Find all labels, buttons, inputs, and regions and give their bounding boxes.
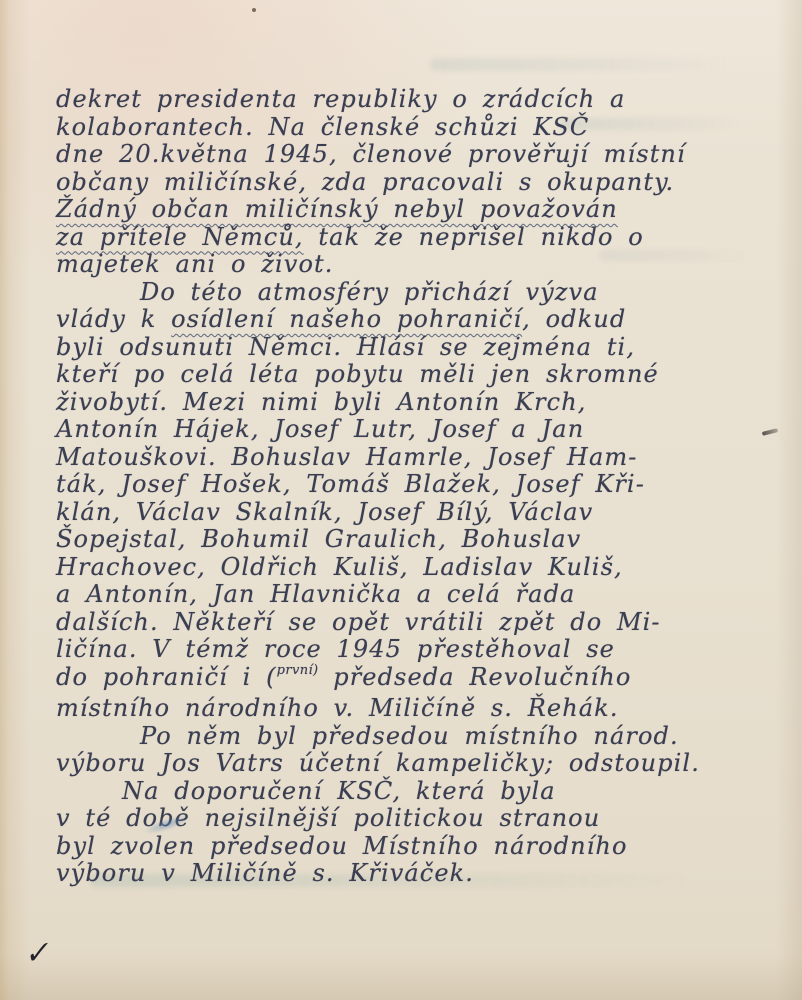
text-segment: Po něm byl předsedou místního národ. <box>140 722 679 750</box>
handwriting-line: kteří po celá léta pobytu měli jen skrom… <box>56 361 756 389</box>
text-segment: Matouškovi. Bohuslav Hamrle, Josef Ham- <box>56 443 637 471</box>
handwriting-line: dekret presidenta republiky o zrádcích a <box>56 86 756 114</box>
handwriting-line: Na doporučení KSČ, která byla <box>56 778 756 806</box>
text-segment: Do této atmosféry přichází výzva <box>140 278 599 306</box>
handwriting-line: dalších. Někteří se opět vrátili zpět do… <box>56 609 756 637</box>
handwriting-line: byl zvolen předsedou Místního národního <box>56 833 756 861</box>
handwriting-text-block: dekret presidenta republiky o zrádcích a… <box>56 86 756 888</box>
handwriting-line: Matouškovi. Bohuslav Hamrle, Josef Ham- <box>56 444 756 472</box>
paper-speck <box>252 8 256 12</box>
handwriting-line: Antonín Hájek, Josef Lutr, Josef a Jan <box>56 416 756 444</box>
text-segment: Antonín Hájek, Josef Lutr, Josef a Jan <box>56 415 584 443</box>
text-segment: do pohraničí i ( <box>56 663 277 691</box>
handwriting-line: za přítele Němců, tak že nepřišel nikdo … <box>56 224 756 252</box>
chronicle-page: dekret presidenta republiky o zrádcích a… <box>0 0 802 1000</box>
handwriting-line: výboru Jos Vatrs účetní kampeličky; odst… <box>56 750 756 778</box>
text-segment: živobytí. Mezi nimi byli Antonín Krch, <box>56 388 586 416</box>
text-segment: byli odsunuti Němci. Hlásí se zejména ti… <box>56 333 635 361</box>
handwriting-line: vlády k osídlení našeho pohraničí, odkud <box>56 306 756 334</box>
handwriting-line: místního národního v. Miličíně s. Řehák. <box>56 695 756 723</box>
ink-showthrough-streak <box>430 58 730 71</box>
underlined-phrase: Žádný občan miličínský nebyl považován <box>56 195 618 223</box>
handwriting-line: Po něm byl předsedou místního národ. <box>56 723 756 751</box>
text-segment: výboru Jos Vatrs účetní kampeličky; odst… <box>56 749 700 777</box>
text-segment: dekret presidenta republiky o zrádcích a <box>56 85 625 113</box>
text-segment: vlády k <box>56 305 171 333</box>
text-segment: dalších. Někteří se opět vrátili zpět do… <box>56 608 661 636</box>
text-segment: ličína. V témž roce 1945 přestěhoval se <box>56 635 615 663</box>
checkmark-annotation: ✓ <box>22 935 51 972</box>
text-segment: kolaborantech. Na členské schůzi KSČ <box>56 113 589 141</box>
handwriting-line: občany miličínské, zda pracovali s okupa… <box>56 169 756 197</box>
handwriting-line: klán, Václav Skalník, Josef Bílý, Václav <box>56 499 756 527</box>
handwriting-line: byli odsunuti Němci. Hlásí se zejména ti… <box>56 334 756 362</box>
text-segment: majetek ani o život. <box>56 250 333 278</box>
handwriting-line: a Antonín, Jan Hlavnička a celá řada <box>56 581 756 609</box>
handwriting-line: dne 20.května 1945, členové prověřují mí… <box>56 141 756 169</box>
text-segment: Šopejstal, Bohumil Graulich, Bohuslav <box>56 525 581 553</box>
handwriting-line: Hrachovec, Oldřich Kuliš, Ladislav Kuliš… <box>56 554 756 582</box>
ink-dash-mark <box>762 428 778 436</box>
text-segment: Hrachovec, Oldřich Kuliš, Ladislav Kuliš… <box>56 553 623 581</box>
text-segment: předseda Revolučního <box>319 663 632 691</box>
handwriting-line: kolaborantech. Na členské schůzi KSČ <box>56 114 756 142</box>
text-segment: , odkud <box>522 305 626 333</box>
text-segment: Na doporučení KSČ, která byla <box>122 777 556 805</box>
text-segment: výboru v Miličíně s. Křiváček. <box>56 859 474 887</box>
handwriting-line: majetek ani o život. <box>56 251 756 279</box>
text-segment: dne 20.května 1945, členové prověřují mí… <box>56 140 686 168</box>
text-segment: klán, Václav Skalník, Josef Bílý, Václav <box>56 498 593 526</box>
text-segment: a Antonín, Jan Hlavnička a celá řada <box>56 580 575 608</box>
handwriting-line: výboru v Miličíně s. Křiváček. <box>56 860 756 888</box>
handwriting-line: Šopejstal, Bohumil Graulich, Bohuslav <box>56 526 756 554</box>
handwriting-line: živobytí. Mezi nimi byli Antonín Krch, <box>56 389 756 417</box>
handwriting-line: ták, Josef Hošek, Tomáš Blažek, Josef Kř… <box>56 471 756 499</box>
handwriting-line: Do této atmosféry přichází výzva <box>56 279 756 307</box>
text-segment: tak že nepřišel nikdo o <box>304 223 644 251</box>
text-segment: ták, Josef Hošek, Tomáš Blažek, Josef Kř… <box>56 470 645 498</box>
handwriting-line: ličína. V témž roce 1945 přestěhoval se <box>56 636 756 664</box>
inserted-word: první) <box>277 663 319 678</box>
handwriting-line: do pohraničí i (první) předseda Revolučn… <box>56 664 756 696</box>
text-segment: kteří po celá léta pobytu měli jen skrom… <box>56 360 659 388</box>
text-segment: místního národního v. Miličíně s. Řehák. <box>56 694 619 722</box>
text-segment: občany miličínské, zda pracovali s okupa… <box>56 168 674 196</box>
underlined-phrase: za přítele Němců, <box>56 223 304 251</box>
handwriting-line: Žádný občan miličínský nebyl považován <box>56 196 756 224</box>
underlined-phrase: osídlení našeho pohraničí <box>171 305 522 333</box>
